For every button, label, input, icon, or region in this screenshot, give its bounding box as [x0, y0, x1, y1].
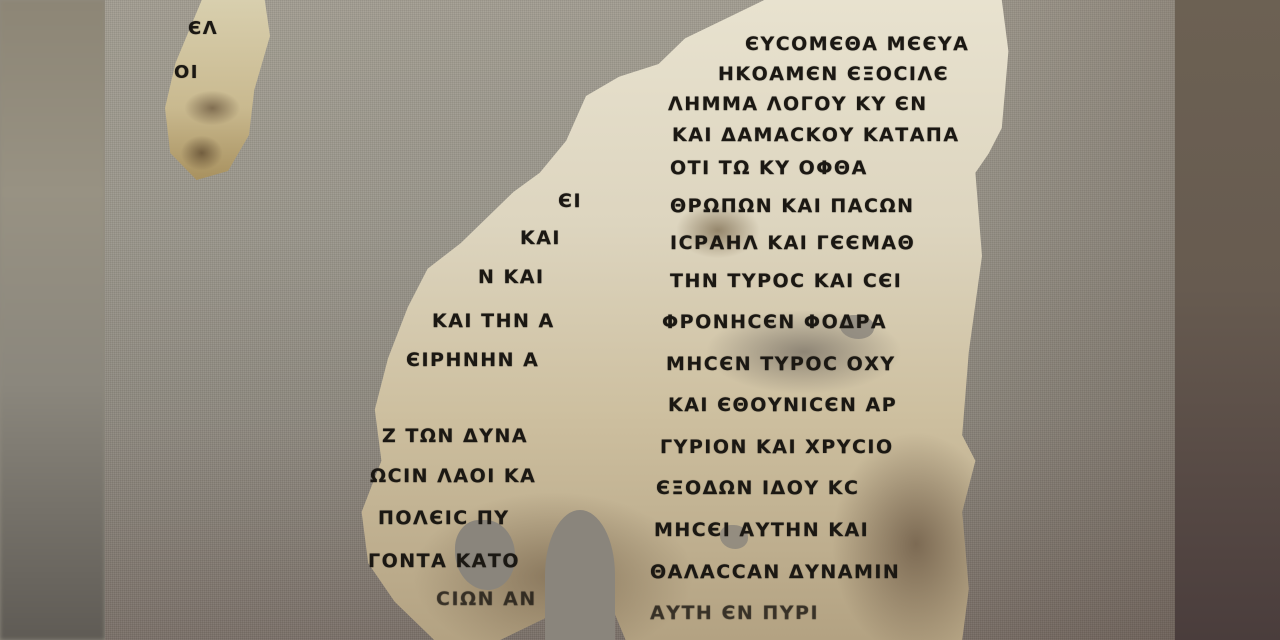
- blurred-letterbox-right: [1175, 0, 1280, 640]
- parchment-hole: [840, 315, 874, 339]
- blurred-letterbox-left: [0, 0, 105, 640]
- parchment-hole: [720, 525, 748, 549]
- parchment-tear: [545, 510, 615, 640]
